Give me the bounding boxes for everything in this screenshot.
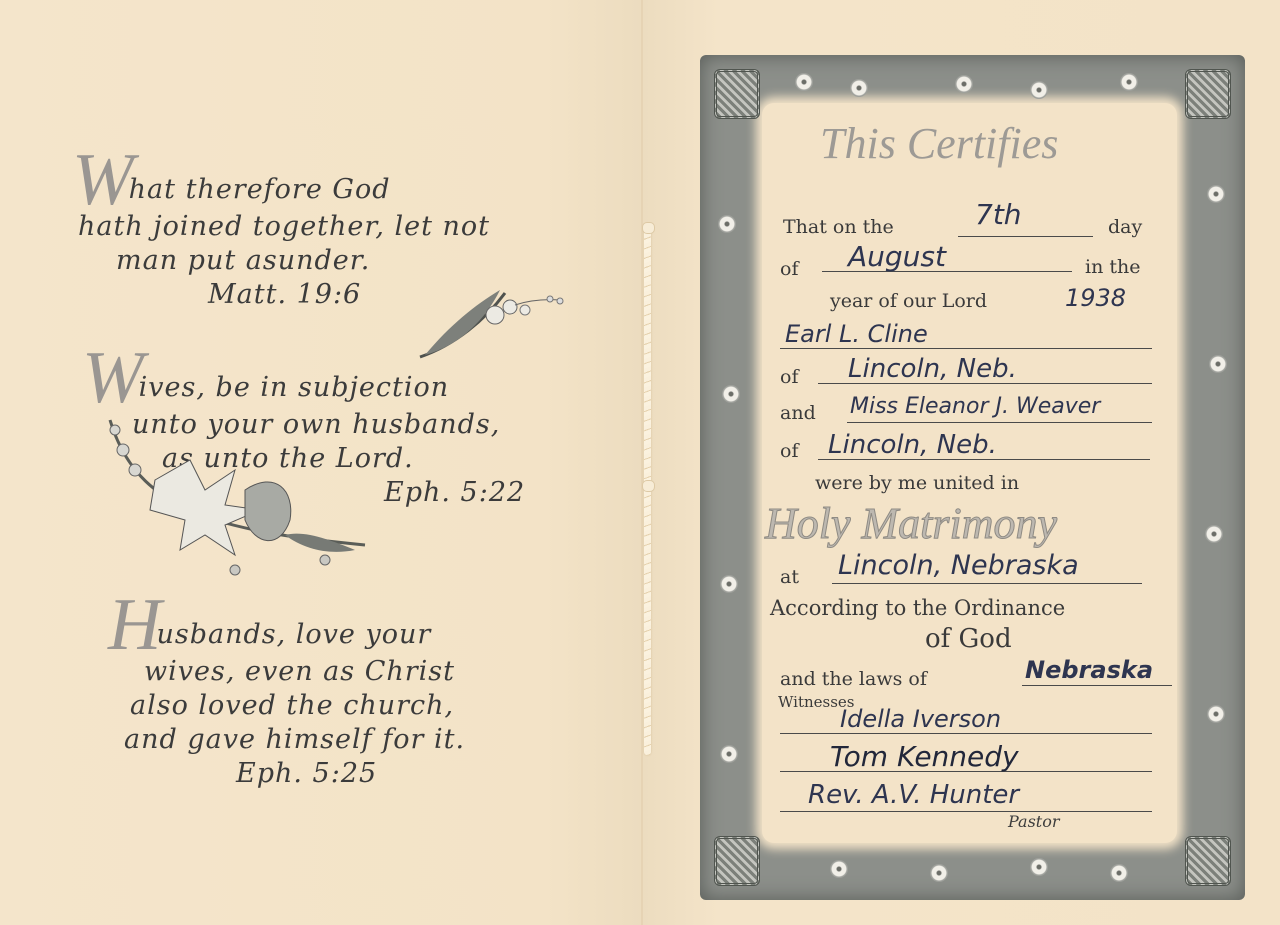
verse-line: man put asunder. <box>72 244 490 278</box>
holy-matrimony-heading: Holy Matrimony <box>765 498 1057 549</box>
verse-line: and gave himself for it. <box>108 723 465 757</box>
year-prefix: year of our Lord <box>830 290 987 312</box>
bride-of-prefix: of <box>780 440 798 462</box>
year-value: 1938 <box>1065 284 1126 312</box>
certificate-title: This Certifies <box>820 118 1058 169</box>
celtic-knot-icon <box>714 69 760 119</box>
officiant-title: Pastor <box>1008 812 1060 831</box>
bride-name: Miss Eleanor J. Weaver <box>850 394 1100 419</box>
flower-icon <box>1207 185 1225 203</box>
day-suffix: day <box>1108 216 1142 238</box>
groom-name: Earl L. Cline <box>785 320 928 348</box>
flower-icon <box>930 864 948 882</box>
celtic-knot-icon <box>714 836 760 886</box>
day-blank <box>958 236 1093 237</box>
flower-icon <box>1030 858 1048 876</box>
flower-icon <box>718 215 736 233</box>
place-prefix: at <box>780 566 799 588</box>
verse-reference: Eph. 5:25 <box>108 757 465 791</box>
verse-line: wives, even as Christ <box>108 655 465 689</box>
state-value: Nebraska <box>1025 656 1153 684</box>
flower-icon <box>720 745 738 763</box>
flower-icon <box>1209 355 1227 373</box>
day-value: 7th <box>975 198 1022 231</box>
verse-line: hat therefore God <box>129 174 391 205</box>
flower-icon <box>722 385 740 403</box>
celtic-knot-icon <box>1185 69 1231 119</box>
verse-line: ives, be in subjection <box>139 372 449 403</box>
flower-icon <box>955 75 973 93</box>
initial-letter: H <box>108 584 162 666</box>
lily-spray-illustration <box>95 410 370 590</box>
initial-letter: W <box>82 337 145 419</box>
ordinance-line-1: According to the Ordinance <box>770 596 1065 620</box>
verse-ephesians-525: Husbands, love your wives, even as Chris… <box>108 595 465 791</box>
flower-icon <box>1205 525 1223 543</box>
place-value: Lincoln, Nebraska <box>838 550 1079 581</box>
cord-knot <box>642 222 655 234</box>
verse-line: hath joined together, let not <box>72 210 490 244</box>
verse-line: also loved the church, <box>108 689 465 723</box>
witness-2-signature: Tom Kennedy <box>830 740 1019 773</box>
flower-icon <box>1120 73 1138 91</box>
flower-icon <box>1207 705 1225 723</box>
witness-1-signature: Idella Iverson <box>840 705 1001 733</box>
laws-prefix: and the laws of <box>780 668 927 690</box>
witness-1-blank <box>780 733 1152 734</box>
officiant-signature: Rev. A.V. Hunter <box>808 780 1019 810</box>
bride-blank <box>847 422 1152 423</box>
groom-blank <box>780 348 1152 349</box>
cord-knot <box>642 480 655 492</box>
celtic-knot-icon <box>1185 836 1231 886</box>
bride-and-prefix: and <box>780 402 816 424</box>
flower-icon <box>1030 81 1048 99</box>
ordinance-line-2: of God <box>925 624 1012 654</box>
day-label: That on the <box>783 216 894 238</box>
flower-icon <box>795 73 813 91</box>
fold-crease <box>641 0 643 925</box>
groom-of-prefix: of <box>780 366 798 388</box>
month-prefix: of <box>780 258 798 280</box>
united-text: were by me united in <box>815 472 1019 494</box>
flower-icon <box>1110 864 1128 882</box>
groom-residence: Lincoln, Neb. <box>848 354 1017 384</box>
initial-letter: W <box>72 139 135 221</box>
flower-icon <box>850 79 868 97</box>
bride-residence: Lincoln, Neb. <box>828 430 997 460</box>
place-blank <box>832 583 1142 584</box>
month-value: August <box>848 240 946 273</box>
officiant-blank <box>780 811 1152 812</box>
verse-line: usbands, love your <box>156 619 431 650</box>
state-blank <box>1022 685 1172 686</box>
flower-icon <box>830 860 848 878</box>
month-suffix: in the <box>1085 256 1140 278</box>
flower-icon <box>720 575 738 593</box>
